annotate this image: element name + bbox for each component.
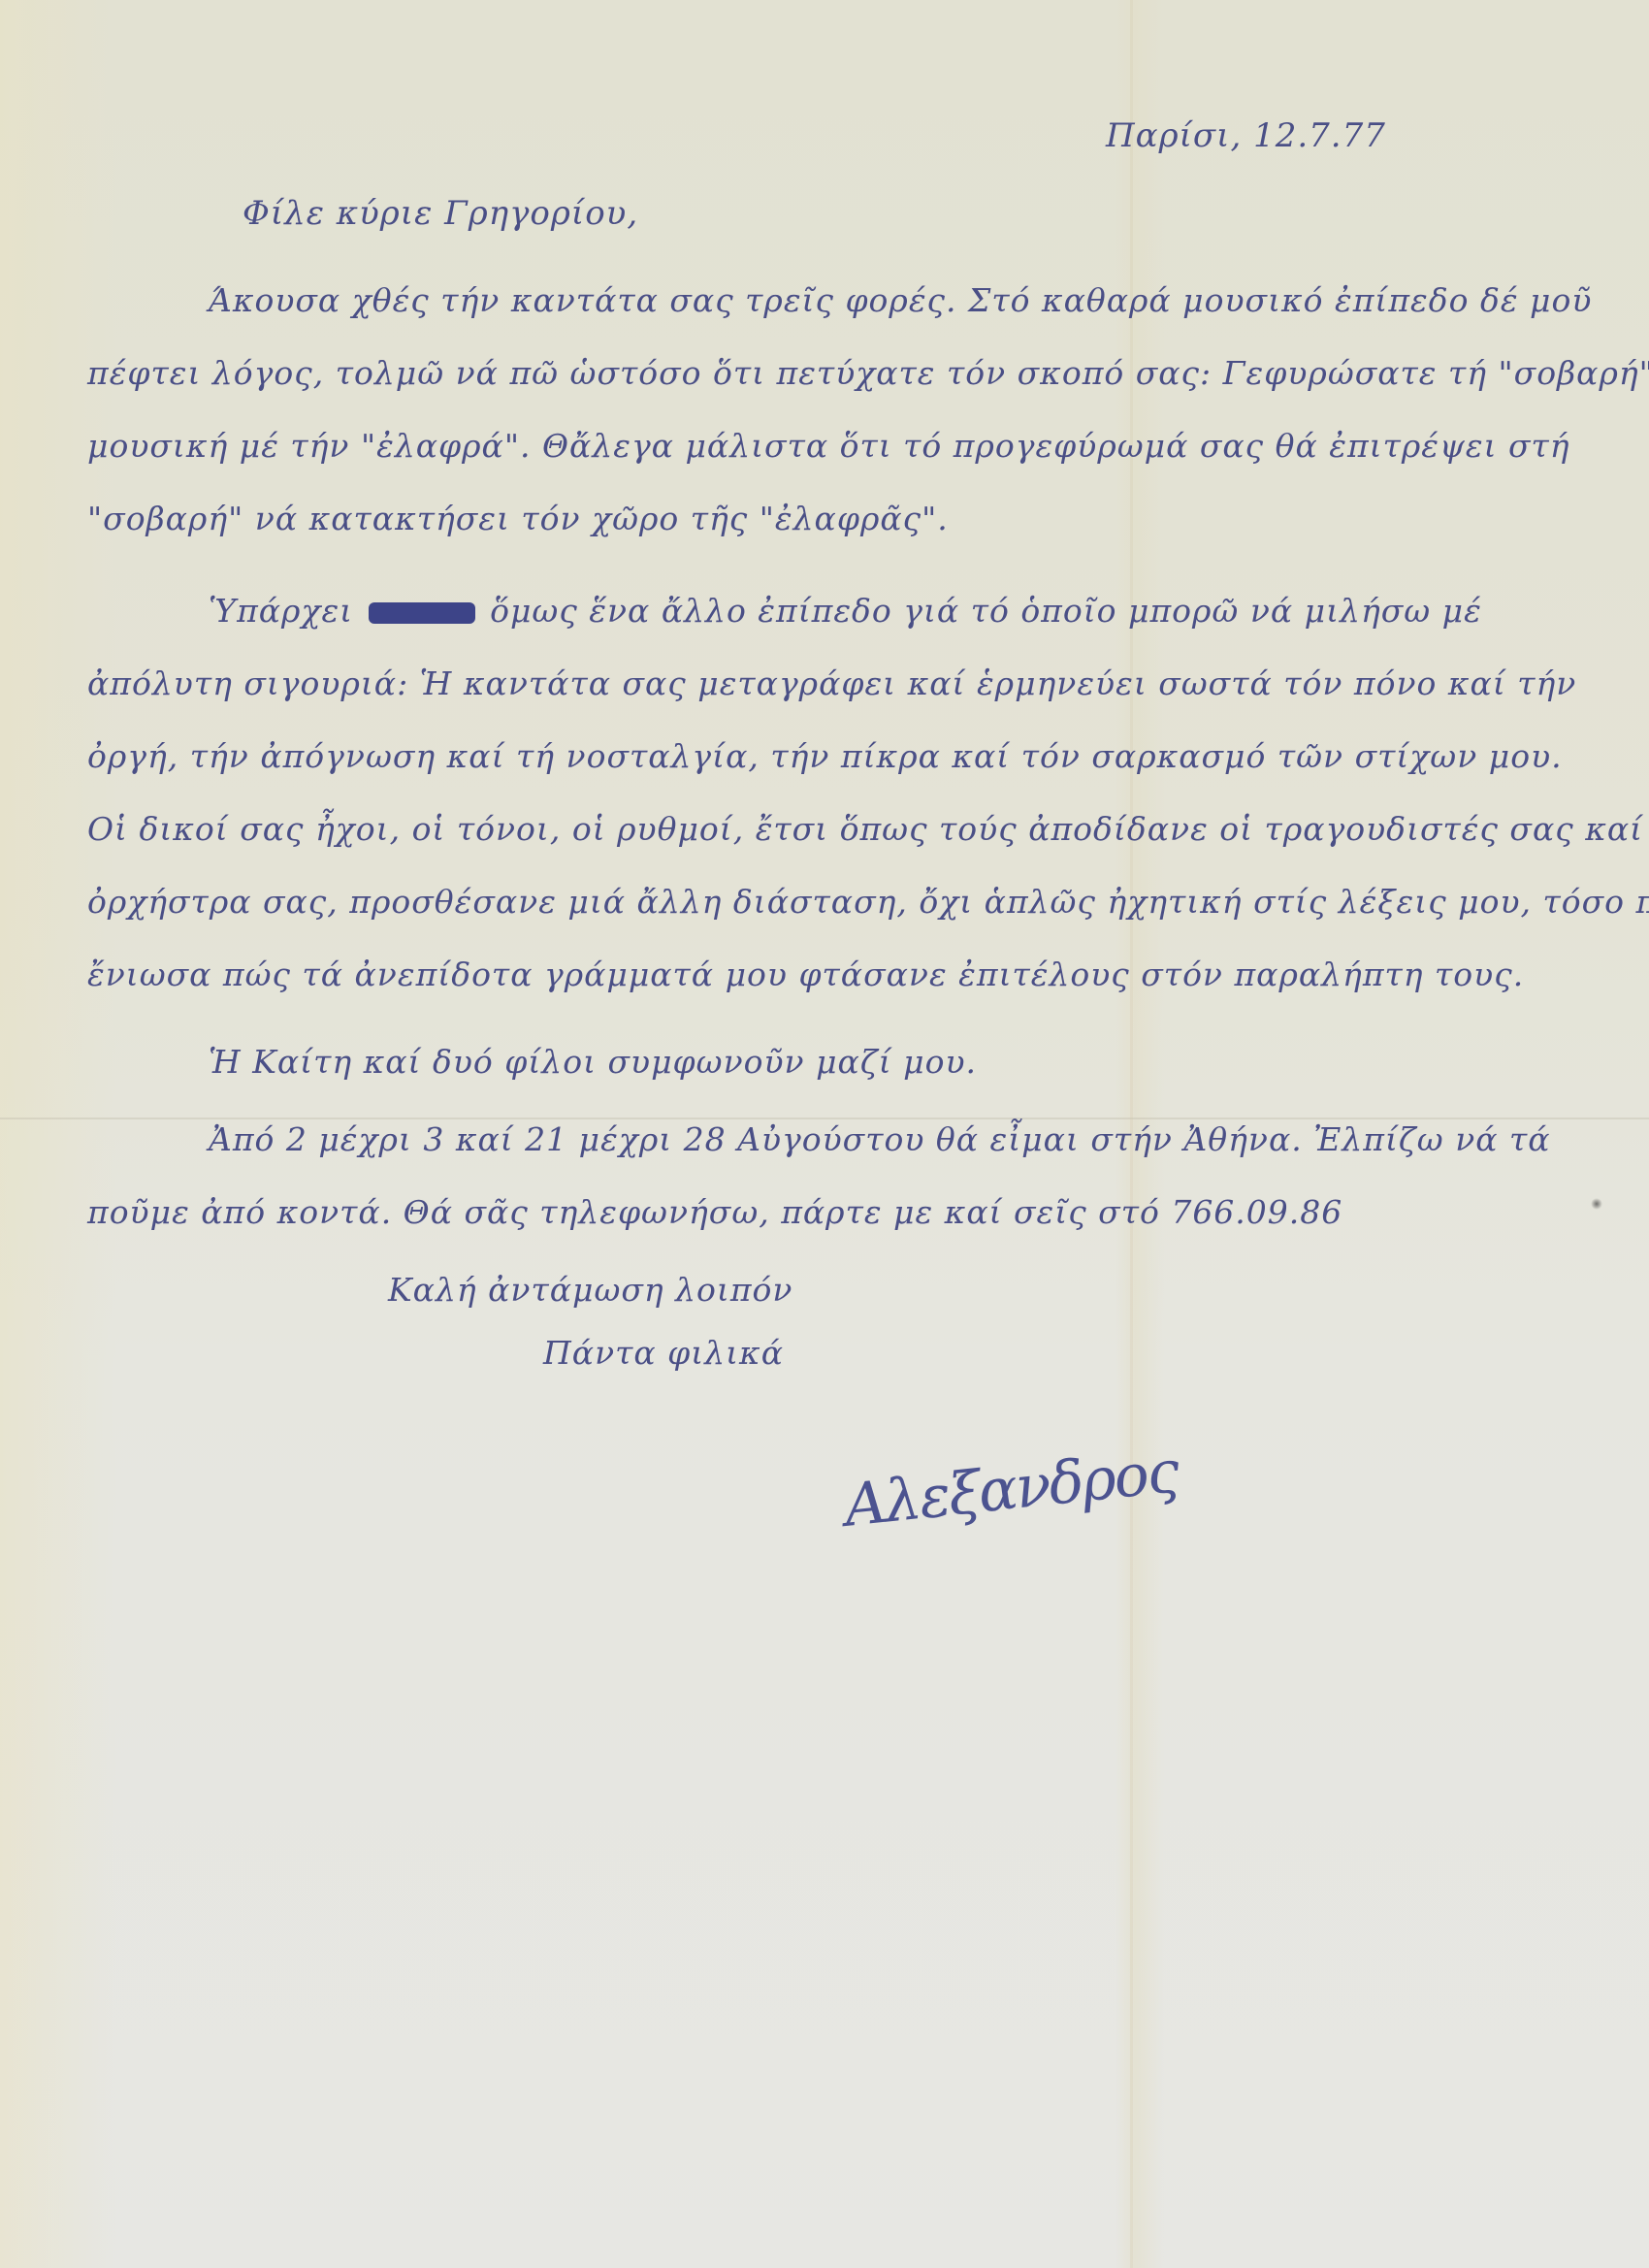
paragraph-2-line-5: ὀρχήστρα σας, προσθέσανε μιά ἄλλη διάστα… (87, 883, 1649, 921)
paragraph-4-line-2: ποῦμε ἀπό κοντά. Θά σᾶς τηλεφωνήσω, πάρτ… (87, 1193, 1342, 1231)
paragraph-1-line-1: Άκουσα χθές τήν καντάτα σας τρεῖς φορές.… (209, 281, 1592, 319)
closing-line-1: Καλή ἀντάμωση λοιπόν (388, 1271, 792, 1309)
ink-smudge (1591, 1198, 1602, 1210)
struck-out-word: αὐτό (369, 602, 475, 624)
paragraph-2-line-6: ἔνιωσα πώς τά ἀνεπίδοτα γράμματά μου φτά… (87, 956, 1524, 993)
paragraph-3-line-1: Ἡ Καίτη καί δυό φίλοι συμφωνοῦν μαζί μου… (209, 1043, 977, 1081)
paragraph-2-line-4: Οἱ δικοί σας ἦχοι, οἱ τόνοι, οἱ ρυθμοί, … (87, 810, 1649, 848)
paragraph-1-line-3: μουσική μέ τήν "ἐλαφρά". Θἄλεγα μάλιστα … (87, 427, 1570, 465)
letter-paper: Παρίσι, 12.7.77 Φίλε κύριε Γρηγορίου, Άκ… (0, 0, 1649, 2268)
paragraph-2-line-2: ἀπόλυτη σιγουριά: Ἡ καντάτα σας μεταγράφ… (87, 664, 1576, 702)
letter-date: Παρίσι, 12.7.77 (1106, 116, 1386, 155)
paragraph-2-line-1: Ὑπάρχει αὐτό ὅμως ἕνα ἄλλο ἐπίπεδο γιά τ… (209, 592, 1482, 630)
paragraph-4-line-1: Ἀπό 2 μέχρι 3 καί 21 μέχρι 28 Αὐγούστου … (209, 1120, 1551, 1158)
closing-line-2: Πάντα φιλικά (543, 1334, 784, 1372)
paragraph-2-first-word: Ὑπάρχει (209, 592, 353, 630)
letter-salutation: Φίλε κύριε Γρηγορίου, (242, 194, 638, 233)
paragraph-2-line-1-rest: ὅμως ἕνα ἄλλο ἐπίπεδο γιά τό ὁποῖο μπορῶ… (490, 592, 1482, 630)
paragraph-1-line-4: "σοβαρή" νά κατακτήσει τόν χῶρο τῆς "ἐλα… (87, 500, 949, 537)
paragraph-1-line-2: πέφτει λόγος, τολμῶ νά πῶ ὡστόσο ὅτι πετ… (87, 354, 1649, 392)
paragraph-2-line-3: ὀργή, τήν ἀπόγνωση καί τή νοσταλγία, τήν… (87, 737, 1563, 775)
paper-fold-horizontal (0, 1118, 1649, 1119)
